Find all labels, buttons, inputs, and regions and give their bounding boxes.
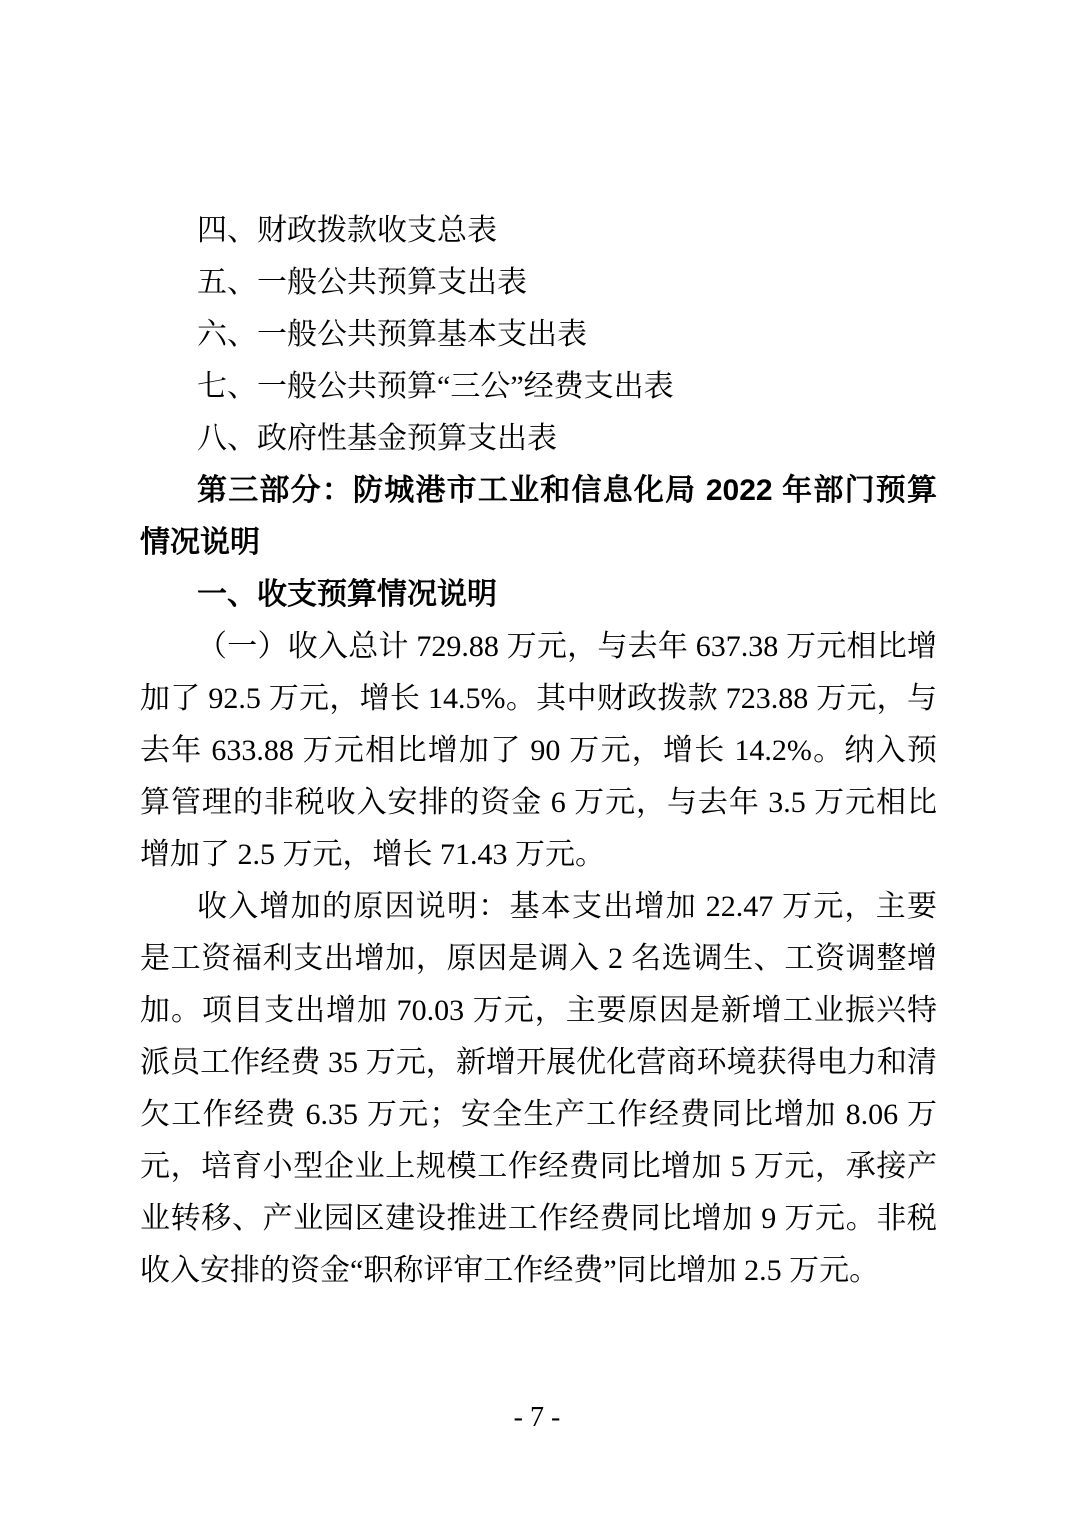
toc-item-6: 六、一般公共预算基本支出表 bbox=[140, 309, 937, 361]
toc-item-5: 五、一般公共预算支出表 bbox=[140, 257, 937, 309]
part-three-heading: 第三部分：防城港市工业和信息化局 2022 年部门预算情况说明 bbox=[140, 465, 937, 569]
paragraph-income-total: （一）收入总计 729.88 万元，与去年 637.38 万元相比增加了 92.… bbox=[140, 621, 937, 881]
document-page: 四、财政拨款收支总表 五、一般公共预算支出表 六、一般公共预算基本支出表 七、一… bbox=[0, 0, 1074, 1520]
document-body: 四、财政拨款收支总表 五、一般公共预算支出表 六、一般公共预算基本支出表 七、一… bbox=[140, 205, 937, 1297]
paragraph-increase-reasons: 收入增加的原因说明：基本支出增加 22.47 万元，主要是工资福利支出增加，原因… bbox=[140, 881, 937, 1297]
section-one-heading: 一、收支预算情况说明 bbox=[140, 569, 937, 621]
toc-item-4: 四、财政拨款收支总表 bbox=[140, 205, 937, 257]
toc-item-7: 七、一般公共预算“三公”经费支出表 bbox=[140, 361, 937, 413]
toc-item-8: 八、政府性基金预算支出表 bbox=[140, 413, 937, 465]
page-number: - 7 - bbox=[0, 1400, 1074, 1436]
